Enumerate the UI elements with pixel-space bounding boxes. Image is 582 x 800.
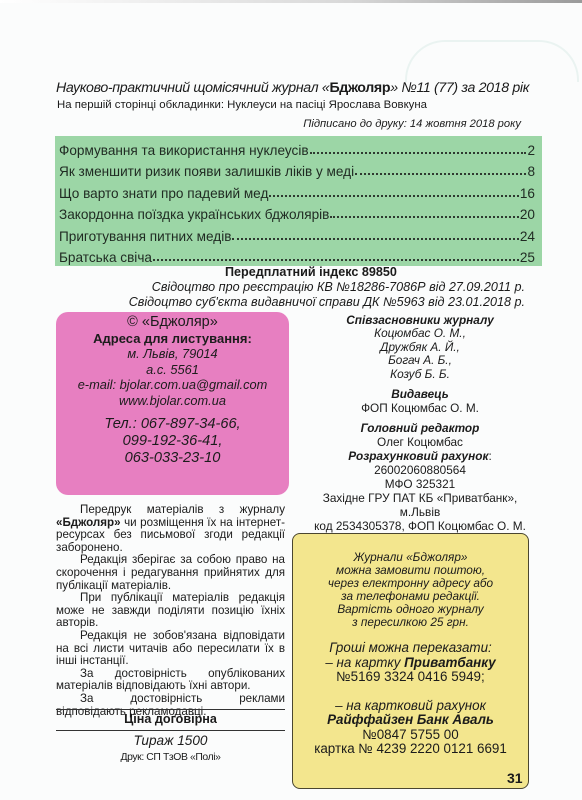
page-top-edge: [0, 0, 582, 3]
publisher-certificate: Свідоцтво суб'єкта видавничої справи ДК …: [129, 295, 525, 309]
editorial-info: Співзасновники журналу Коцюмбас О. М., Д…: [300, 313, 540, 533]
cofounder: Козуб Б. Б.: [300, 368, 540, 382]
order-line: з пересилкою 25 грн.: [293, 616, 528, 629]
chief-editor: Олег Коцюмбас: [300, 435, 540, 449]
phone-number: 063-033-23-10: [56, 450, 289, 467]
address-heading: Адреса для листування:: [56, 331, 289, 346]
toc-item[interactable]: Як зменшити ризик появи залишків ліків у…: [59, 159, 535, 179]
cofounder: Богач А. Б.,: [300, 354, 540, 368]
account-line: Західне ГРУ ПАТ КБ «Приватбанк»,: [300, 491, 540, 505]
note-paragraph: Редакція не зобов'язана відповідати на в…: [56, 630, 285, 668]
phone-number: Тел.: 067-897-34-66,: [56, 416, 289, 433]
publisher-heading: Видавець: [300, 387, 540, 401]
publisher: ФОП Коцюмбас О. М.: [300, 401, 540, 415]
divider: [56, 709, 285, 710]
aval-card: картка № 4239 2220 0121 6691: [293, 742, 528, 757]
privatbank-label: – на картку Приватбанку: [293, 656, 528, 671]
aval-bank: Райффайзен Банк Аваль: [293, 713, 528, 728]
faded-logo-decoration: [405, 40, 579, 82]
city: м. Львів, 79014: [56, 346, 289, 362]
phone-number: 099-192-36-41,: [56, 433, 289, 450]
cofounders-heading: Співзасновники журналу: [300, 313, 540, 327]
privatbank-card: №5169 3324 0416 5949;: [293, 670, 528, 685]
toc-item[interactable]: Формування та використання нуклеусів2: [59, 138, 535, 158]
note-paragraph: Передрук матеріалів з журналу «Бджоляр» …: [56, 504, 285, 554]
aval-label: – на картковий рахунок: [293, 699, 528, 714]
account-line: код 2534305378, ФОП Коцюмбас О. М.: [300, 519, 540, 533]
price: Ціна договірна: [56, 712, 285, 726]
order-info-box: Журнали «Бджоляр» можна замовити поштою,…: [292, 533, 529, 789]
toc-item[interactable]: Братська свіча25: [59, 245, 535, 265]
printer: Друк: СП ТзОВ «Полі»: [56, 752, 285, 763]
signed-to-print-date: Підписано до друку: 14 жовтня 2018 року: [303, 118, 521, 130]
contacts-box: © «Бджоляр» Адреса для листування: м. Ль…: [56, 312, 289, 495]
table-of-contents: Формування та використання нуклеусів2 Як…: [55, 136, 542, 266]
cofounder: Дружбяк А. Й.,: [300, 341, 540, 355]
journal-title-line: Науково-практичний щомісячний журнал «Бд…: [56, 80, 529, 96]
account-line: 26002060880564: [300, 463, 540, 477]
editorial-notes: Передрук матеріалів з журналу «Бджоляр» …: [56, 504, 285, 718]
copyright: © «Бджоляр»: [56, 314, 289, 330]
note-paragraph: При публікації матеріалів редакція може …: [56, 592, 285, 630]
cover-note: На першій сторінці обкладинки: Нуклеуси …: [57, 99, 427, 111]
account-line: МФО 325321: [300, 477, 540, 491]
toc-item[interactable]: Що варто знати про падевий мед16: [59, 181, 535, 201]
cofounder: Коцюмбас О. М.,: [300, 327, 540, 341]
transfer-heading: Гроші можна переказати:: [293, 641, 528, 656]
registration-certificate: Свідоцтво про реєстрацію КВ №18286-7086Р…: [152, 280, 525, 294]
chief-editor-heading: Головний редактор: [300, 421, 540, 435]
note-paragraph: Редакція зберігає за собою право на скор…: [56, 554, 285, 592]
circulation: Тираж 1500: [56, 733, 285, 748]
account-heading: Розрахунковий рахунок:: [300, 449, 540, 463]
note-paragraph: За достовірність опублікованих матеріалі…: [56, 668, 285, 693]
divider: [56, 730, 285, 731]
toc-item[interactable]: Приготування питних медів24: [59, 224, 535, 244]
account-line: м.Львів: [300, 505, 540, 519]
subscription-index: Передплатний індекс 89850: [225, 265, 397, 279]
page-number: 31: [507, 770, 523, 786]
toc-item[interactable]: Закордонна поїздка українських бджолярів…: [59, 202, 535, 222]
email-link[interactable]: e-mail: bjolar.com.ua@gmail.com: [56, 377, 289, 393]
journal-name: Бджоляр: [329, 80, 390, 96]
website-link[interactable]: www.bjolar.com.ua: [56, 393, 289, 409]
aval-account: №0847 5755 00: [293, 728, 528, 743]
po-box: а.с. 5561: [56, 362, 289, 378]
